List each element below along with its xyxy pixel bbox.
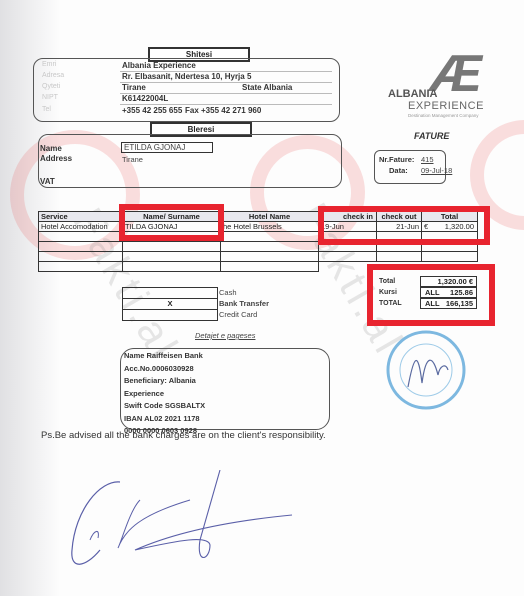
seller-value: Tirane	[122, 83, 146, 92]
seller-extra: State Albania	[242, 83, 292, 92]
doc-title: FATURE	[414, 131, 449, 141]
payment-option-box[interactable]	[122, 309, 218, 321]
bank-detail-line: Acc.No.0006030928	[124, 363, 205, 376]
table-empty-cell	[220, 261, 319, 272]
invoice-number-value: 415	[421, 155, 434, 164]
invoice-date-value: 09-Jul-18	[421, 166, 452, 175]
highlight-box-name	[119, 204, 224, 241]
payment-option-label: Bank Transfer	[219, 299, 269, 308]
table-empty-cell	[318, 251, 377, 262]
invoice-date-label: Data:	[389, 166, 408, 175]
buyer-name-value: ETILDA GJONAJ	[121, 142, 213, 153]
seller-rule	[120, 82, 332, 83]
invoice-number-label: Nr.Fature:	[379, 155, 414, 164]
seller-label: Qyteti	[42, 83, 60, 90]
highlight-box-totals	[367, 264, 495, 326]
payment-option-label: Cash	[219, 288, 237, 297]
table-empty-cell	[38, 261, 123, 272]
bank-detail-line: IBAN AL02 2021 1178	[124, 413, 205, 426]
bank-charges-note: Ps.Be advised all the bank charges are o…	[41, 430, 326, 441]
buyer-name-label: Name	[40, 144, 62, 153]
signature	[60, 470, 310, 580]
bank-detail-line: Beneficiary: Albania	[124, 375, 205, 388]
seller-value: Rr. Elbasanit, Ndertesa 10, Hyrja 5	[122, 72, 251, 81]
bank-detail-line: Experience	[124, 388, 205, 401]
seller-label: Tel	[42, 106, 51, 113]
payment-details-title: Detajet e pageses	[195, 331, 255, 340]
seller-label: NIPT	[42, 94, 58, 101]
bank-detail-line: Swift Code SGSBALTX	[124, 400, 205, 413]
seller-extra: Fax +355 42 271 960	[185, 106, 261, 115]
highlight-box-dates-total	[318, 206, 490, 245]
buyer-address-value: Tirane	[122, 155, 143, 164]
table-empty-cell	[376, 251, 422, 262]
buyer-vat-label: VAT	[40, 177, 55, 186]
logo-line2: EXPERIENCE	[408, 100, 484, 112]
logo-tagline: Destination Management Company	[408, 113, 479, 118]
logo-line1: ALBANIA	[388, 88, 438, 100]
seller-rule	[120, 104, 332, 105]
seller-value: K61422004L	[122, 94, 168, 103]
company-stamp	[378, 325, 473, 410]
seller-value: Albania Experience	[122, 61, 196, 70]
payment-option-label: Credit Card	[219, 310, 257, 319]
seller-value: +355 42 255 655	[122, 106, 182, 115]
seller-label: Emri	[42, 61, 56, 68]
bank-details: Name Raiffeisen BankAcc.No.0006030928Ben…	[124, 350, 205, 438]
table-empty-cell	[122, 261, 221, 272]
bank-detail-line: Name Raiffeisen Bank	[124, 350, 205, 363]
table-empty-cell	[421, 251, 478, 262]
logo: Æ ALBANIA EXPERIENCE Destination Managem…	[388, 52, 508, 122]
buyer-address-label: Address	[40, 154, 72, 163]
seller-label: Adresa	[42, 72, 64, 79]
